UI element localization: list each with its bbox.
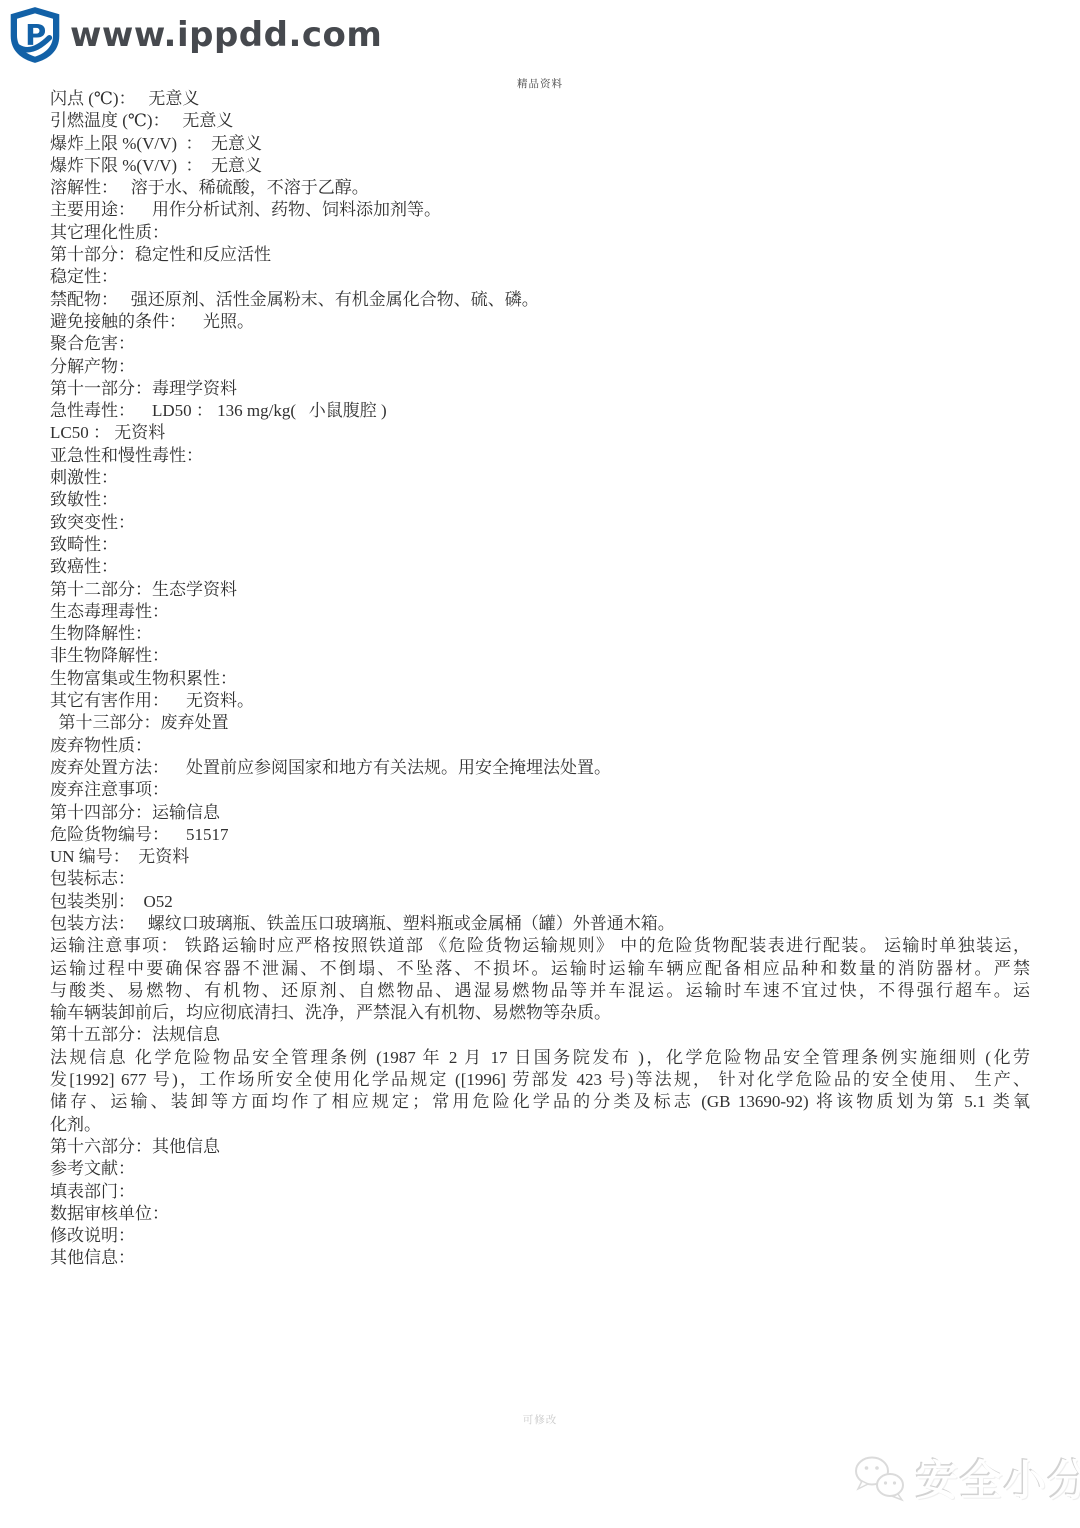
doc-line: 分解产物： xyxy=(50,356,1030,378)
doc-line: 与酸类、易燃物、有机物、还原剂、自燃物品、遇湿易燃物品等并车混运。运输时车速不宜… xyxy=(50,980,1030,1002)
doc-line: 稳定性： xyxy=(50,266,1030,288)
doc-line: 法规信息 化学危险物品安全管理条例 (1987 年 2 月 17 日国务院发布 … xyxy=(50,1047,1030,1069)
doc-line: 急性毒性： LD50 ： 136 mg/kg( 小鼠腹腔 ) xyxy=(50,400,1030,422)
doc-line: 溶解性： 溶于水、稀硫酸，不溶于乙醇。 xyxy=(50,177,1030,199)
doc-line: 储存、运输、装卸等方面均作了相应规定；常用危险化学品的分类及标志 (GB 136… xyxy=(50,1091,1030,1113)
doc-line: 废弃处置方法： 处置前应参阅国家和地方有关法规。用安全掩埋法处置。 xyxy=(50,757,1030,779)
doc-line: 致癌性： xyxy=(50,556,1030,578)
doc-line: 致畸性： xyxy=(50,534,1030,556)
page: P www.ippdd.com 精品资料 闪点 (℃)： 无意义引燃温度 (℃)… xyxy=(0,0,1080,1528)
doc-line: 填表部门： xyxy=(50,1181,1030,1203)
doc-line: 引燃温度 (℃)： 无意义 xyxy=(50,110,1030,132)
editable-watermark: 可修改 xyxy=(0,1412,1080,1427)
doc-line: 运输过程中要确保容器不泄漏、不倒塌、不坠落、不损坏。运输时运输车辆应配备相应品种… xyxy=(50,958,1030,980)
site-url: www.ippdd.com xyxy=(70,6,382,64)
doc-line: 其它理化性质： xyxy=(50,222,1030,244)
doc-line: 数据审核单位： xyxy=(50,1203,1030,1225)
doc-line: 第十六部分：其他信息 xyxy=(50,1136,1030,1158)
doc-line: 第十三部分：废弃处置 xyxy=(50,712,1030,734)
doc-line: 避免接触的条件： 光照。 xyxy=(50,311,1030,333)
doc-line: 主要用途： 用作分析试剂、药物、饲料添加剂等。 xyxy=(50,199,1030,221)
doc-line: 第十部分：稳定性和反应活性 xyxy=(50,244,1030,266)
site-logo: P www.ippdd.com xyxy=(8,6,382,64)
doc-line: 废弃物性质： xyxy=(50,735,1030,757)
doc-line: 致突变性： xyxy=(50,512,1030,534)
doc-line: 闪点 (℃)： 无意义 xyxy=(50,88,1030,110)
doc-line: 爆炸上限 %(V/V) ： 无意义 xyxy=(50,133,1030,155)
doc-line: 危险货物编号： 51517 xyxy=(50,824,1030,846)
doc-line: 废弃注意事项： xyxy=(50,779,1030,801)
doc-line: 其它有害作用： 无资料。 xyxy=(50,690,1030,712)
doc-line: 化剂。 xyxy=(50,1114,1030,1136)
document-body: 闪点 (℃)： 无意义引燃温度 (℃)： 无意义爆炸上限 %(V/V) ： 无意… xyxy=(50,88,1030,1270)
doc-line: 第十四部分：运输信息 xyxy=(50,802,1030,824)
doc-line: 第十五部分：法规信息 xyxy=(50,1024,1030,1046)
doc-line: 运输注意事项： 铁路运输时应严格按照铁道部 《危险货物运输规则》 中的危险货物配… xyxy=(50,935,1030,957)
doc-line: 亚急性和慢性毒性： xyxy=(50,445,1030,467)
doc-line: 第十二部分：生态学资料 xyxy=(50,579,1030,601)
doc-line: 包装标志： xyxy=(50,868,1030,890)
doc-line: 聚合危害： xyxy=(50,333,1030,355)
doc-line: 刺激性： xyxy=(50,467,1030,489)
shield-logo-icon: P xyxy=(8,6,62,64)
doc-line: 第十一部分：毒理学资料 xyxy=(50,378,1030,400)
doc-line: 发[1992] 677 号)，工作场所安全使用化学品规定 ([1996] 劳部发… xyxy=(50,1069,1030,1091)
doc-line: 生物降解性： xyxy=(50,623,1030,645)
brand-name: 安全小分队 xyxy=(916,1448,1080,1508)
doc-line: 生物富集或生物积累性： xyxy=(50,668,1030,690)
doc-line: 参考文献： xyxy=(50,1158,1030,1180)
doc-line: 包装类别： O52 xyxy=(50,891,1030,913)
doc-line: 非生物降解性： xyxy=(50,645,1030,667)
doc-line: 禁配物： 强还原剂、活性金属粉末、有机金属化合物、硫、磷。 xyxy=(50,289,1030,311)
doc-line: 修改说明： xyxy=(50,1225,1030,1247)
doc-line: LC50 ： 无资料 xyxy=(50,422,1030,444)
doc-line: UN 编号： 无资料 xyxy=(50,846,1030,868)
doc-line: 包装方法： 螺纹口玻璃瓶、铁盖压口玻璃瓶、塑料瓶或金属桶（罐）外普通木箱。 xyxy=(50,913,1030,935)
doc-line: 致敏性： xyxy=(50,489,1030,511)
brand-watermark: 安全小分队 xyxy=(852,1448,1080,1508)
doc-line: 其他信息： xyxy=(50,1247,1030,1269)
wechat-icon xyxy=(852,1453,906,1503)
doc-line: 输车辆装卸前后，均应彻底清扫、洗净，严禁混入有机物、易燃物等杂质。 xyxy=(50,1002,1030,1024)
doc-line: 爆炸下限 %(V/V) ： 无意义 xyxy=(50,155,1030,177)
doc-line: 生态毒理毒性： xyxy=(50,601,1030,623)
